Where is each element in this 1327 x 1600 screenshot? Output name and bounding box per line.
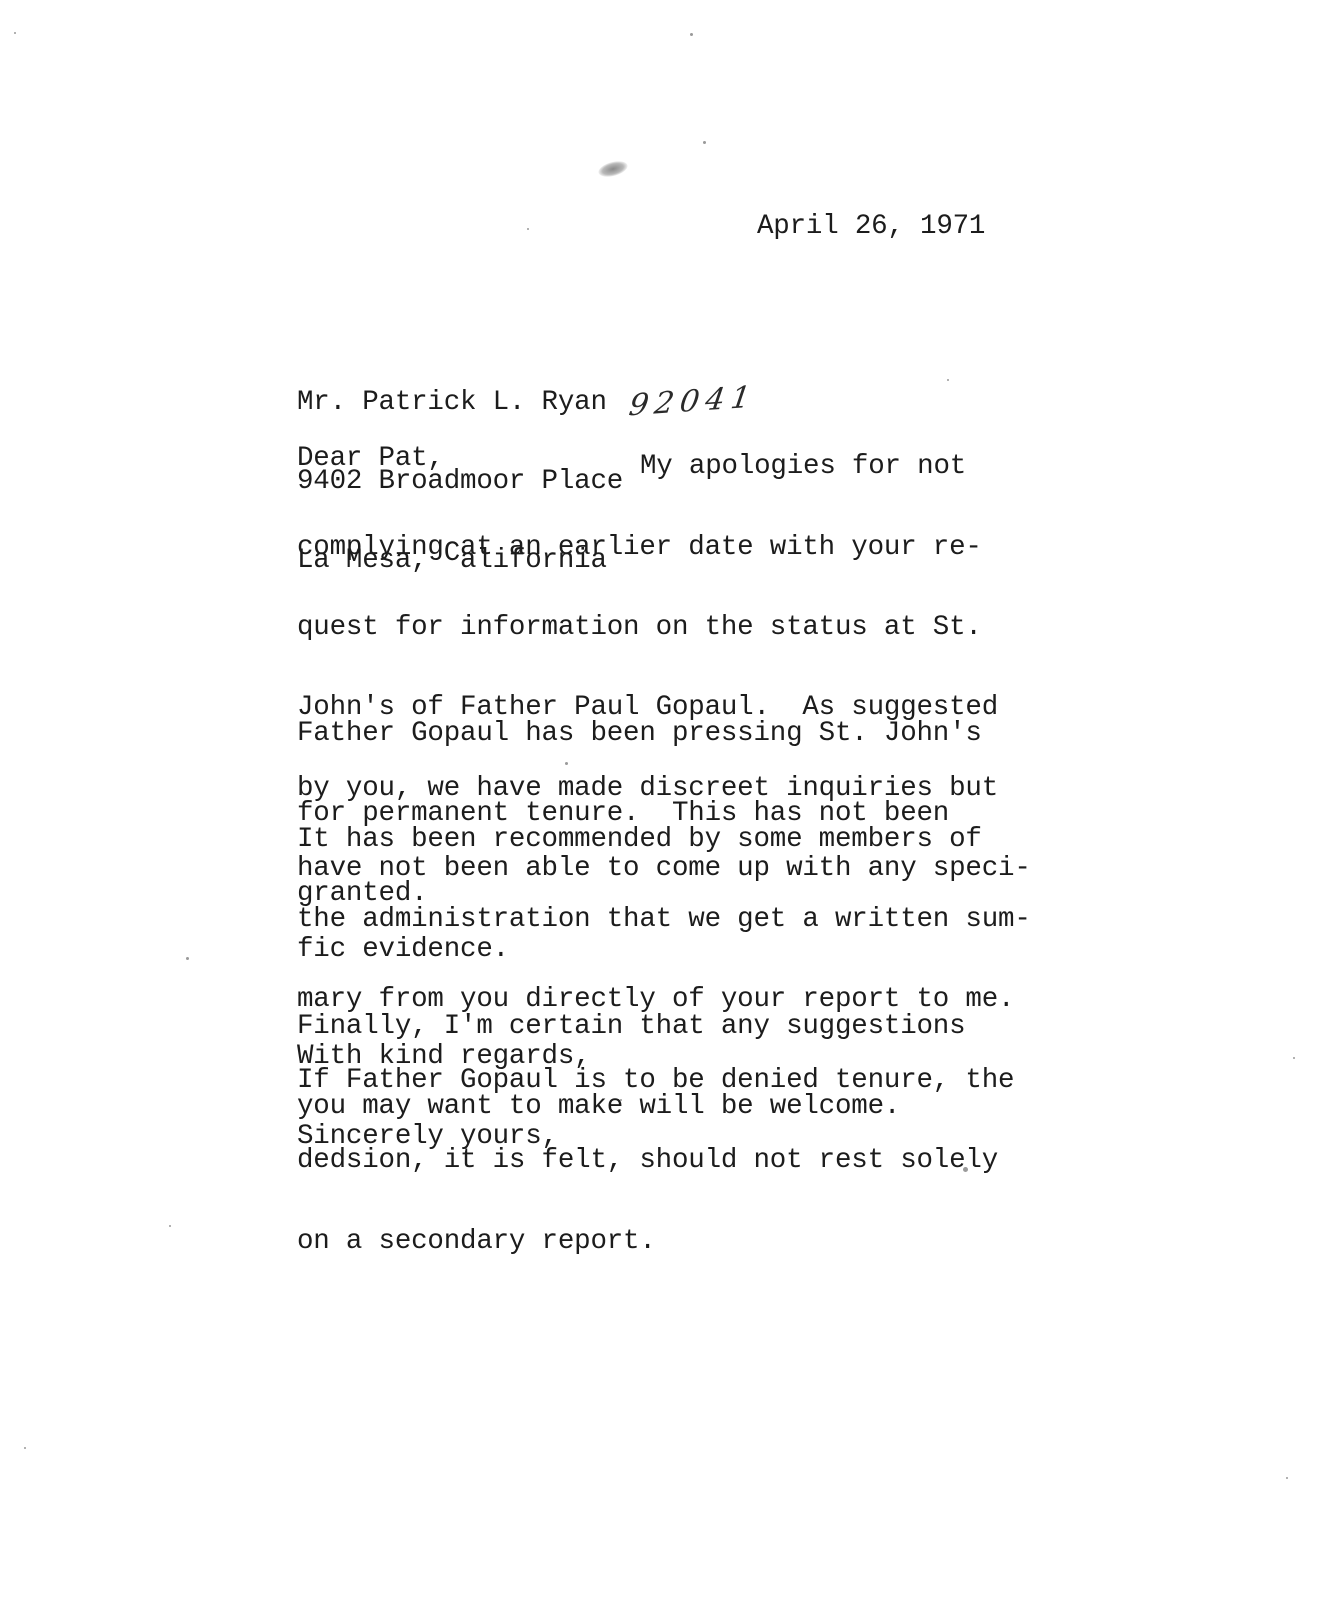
paragraph-line: the administration that we get a written… [297, 907, 1031, 934]
paper-speck [186, 957, 189, 960]
paper-speck [947, 379, 949, 381]
recipient-name: Mr. Patrick L. Ryan [297, 390, 623, 417]
paper-speck [527, 228, 529, 230]
ink-smudge [597, 158, 630, 179]
handwritten-zip-code: 92041 [627, 380, 759, 424]
paragraph-line: Finally, I'm certain that any suggestion… [297, 1014, 965, 1041]
paragraph-line: you may want to make will be welcome. [297, 1094, 965, 1121]
paper-speck [703, 141, 706, 144]
paper-speck [690, 33, 693, 36]
paragraph-1-first-line: My apologies for not [640, 454, 966, 481]
paragraph-line: quest for information on the status at S… [297, 615, 1031, 642]
salutation: Dear Pat, [297, 446, 444, 472]
letter-page: April 26, 1971 Mr. Patrick L. Ryan 9402 … [0, 0, 1327, 1600]
paragraph-line: complying at an earlier date with your r… [297, 535, 1031, 562]
paragraph-line: It has been recommended by some members … [297, 827, 1031, 854]
paper-speck [14, 32, 16, 34]
paragraph-line: Father Gopaul has been pressing St. John… [297, 721, 982, 748]
paragraph-line: on a secondary report. [297, 1229, 1031, 1256]
paper-speck [24, 1447, 26, 1449]
paper-speck [169, 1225, 171, 1227]
letter-date: April 26, 1971 [757, 214, 985, 240]
closing-sign-off: Sincerely yours, [297, 1124, 558, 1150]
closing-regards: With kind regards, [297, 1044, 590, 1070]
paper-speck [1286, 1477, 1288, 1479]
paper-speck [1293, 1057, 1295, 1059]
